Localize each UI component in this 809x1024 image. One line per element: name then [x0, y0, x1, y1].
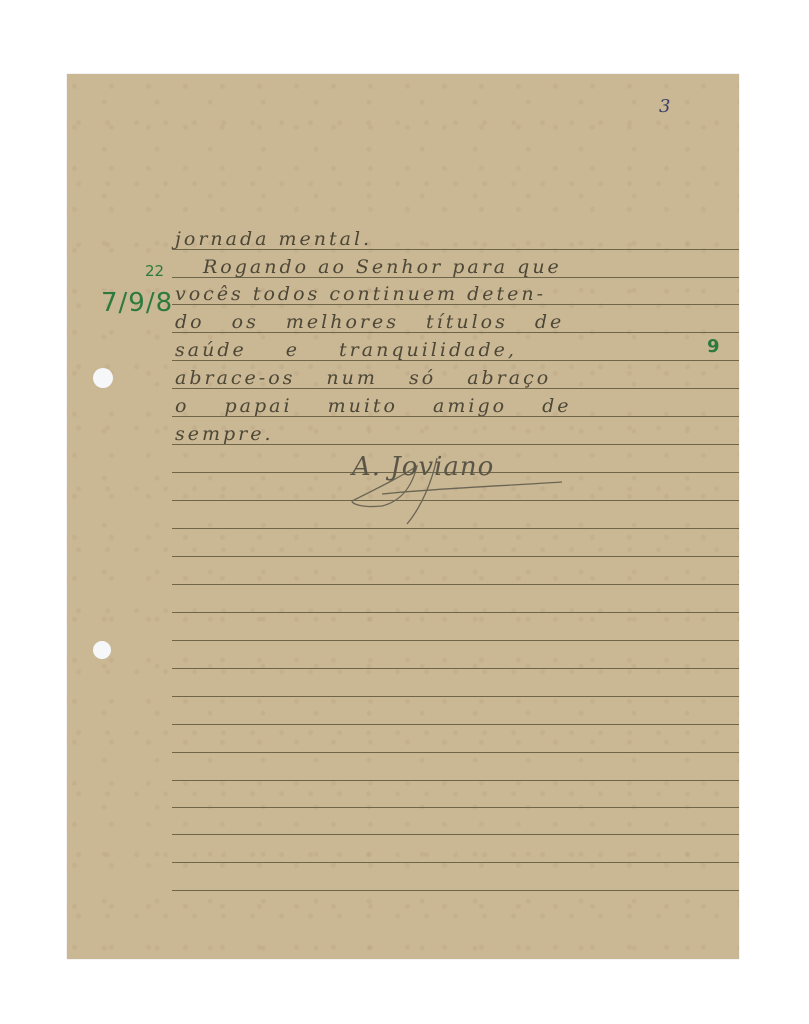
ruled-line: [172, 752, 739, 753]
binder-hole-upper: [93, 368, 113, 388]
ruled-line: [172, 807, 739, 808]
handwritten-line: vocês todos continuem deten-: [175, 284, 735, 304]
ruled-line: [172, 612, 739, 613]
ruled-line: [172, 528, 739, 529]
ruled-line: [172, 862, 739, 863]
inline-annotation-mark: 9: [707, 336, 720, 357]
margin-annotation-date: 7/9/8: [101, 288, 173, 318]
handwritten-line: Rogando ao Senhor para que: [175, 257, 735, 277]
handwritten-line: saúde e tranquilidade,: [175, 340, 735, 360]
handwritten-line: sempre.: [175, 424, 735, 444]
ruled-line: [172, 834, 739, 835]
handwritten-line: abrace-os num só abraço: [175, 368, 735, 388]
ruled-line: [172, 890, 739, 891]
ruled-line: [172, 668, 739, 669]
handwritten-line: jornada mental.: [175, 229, 735, 249]
binder-hole-lower: [93, 641, 111, 659]
ruled-line: [172, 556, 739, 557]
handwritten-line: o papai muito amigo de: [175, 396, 735, 416]
signature: A. Joviano: [352, 452, 494, 482]
ruled-line: [172, 696, 739, 697]
letter-page: 3 22 7/9/8 jornada mental. Rogando ao Se…: [67, 74, 739, 959]
margin-annotation-superscript: 22: [145, 262, 164, 280]
ruled-line: [172, 584, 739, 585]
ruled-line: [172, 780, 739, 781]
ruled-line: [172, 724, 739, 725]
handwritten-line: do os melhores títulos de: [175, 312, 735, 332]
page-number: 3: [659, 96, 670, 117]
ruled-line: [172, 640, 739, 641]
